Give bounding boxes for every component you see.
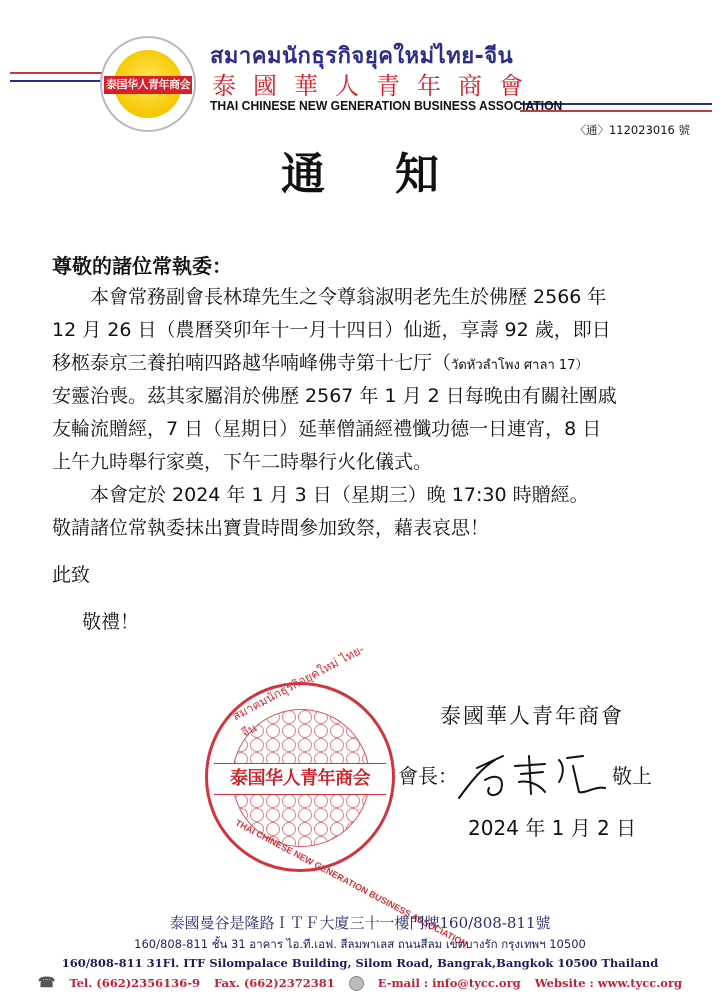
footer-address-chinese: 泰國曼谷是隆路ＩＴＦ大廈三十一樓門牌160/808-811號 [0, 912, 720, 933]
association-logo: 泰国华人青年商会 [100, 36, 196, 132]
body-line-8: 敬請諸位常執委抹出寶貴時間參加致祭，藉表哀思！ [52, 513, 489, 540]
footer-tel: Tel. (662)2356136-9 [69, 976, 200, 990]
footer-fax: Fax. (662)2372381 [214, 976, 335, 990]
body-line-6: 上午九時舉行家奠，下午二時舉行火化儀式。 [52, 447, 432, 474]
footer-address-thai: 160/808-811 ชั้น 31 อาคาร ไอ.ที.เอฟ. สีล… [0, 936, 720, 954]
footer-address-english: 160/808-811 31Fl. ITF Silompalace Buildi… [0, 956, 720, 970]
header-line-blue-left [10, 80, 105, 82]
notice-title: 通知 [0, 138, 720, 202]
handwritten-signature-icon [455, 746, 615, 806]
temple-thai-name: วัดหัวลำโพง ศาลา 17） [451, 358, 588, 373]
president-label: 會長： [398, 760, 458, 789]
signing-organization: 泰國華人青年商會 [440, 700, 624, 730]
body-line-5: 友輪流贈經，7 日（星期日）延華僧誦經禮懺功德一日連宵，8 日 [52, 414, 601, 441]
body-line-7: 本會定於 2024 年 1 月 3 日（星期三）晚 17:30 時贈經。 [90, 480, 589, 507]
body-line-2: 12 月 26 日（農曆癸卯年十一月十四日）仙逝，享壽 92 歲，即日 [52, 315, 611, 342]
association-name-chinese: 泰國華人青年商會 [212, 66, 540, 101]
salutation: 尊敬的諸位常執委： [52, 250, 232, 279]
footer-website[interactable]: Website : www.tycc.org [535, 976, 682, 990]
body-line-4: 安靈治喪。茲其家屬涓於佛歷 2567 年 1 月 2 日每晚由有關社團戚 [52, 381, 617, 408]
header-line-red-left [10, 72, 105, 74]
logo-band-text: 泰国华人青年商会 [104, 76, 192, 94]
association-seal-stamp: สมาคมนักธุรกิจยุคใหม่ ไทย-จีน 泰国华人青年商会 T… [205, 682, 395, 872]
closing-cizhi: 此致 [52, 560, 90, 587]
body-line-1: 本會常務副會長林瑋先生之令尊翁淑明老先生於佛歷 2566 年 [90, 282, 606, 309]
globe-icon [349, 976, 364, 991]
body-line-3: 移柩泰京三養拍喃四路越华喃峰佛寺第十七厅（วัดหัวลำโพง ศาลา 17… [52, 348, 588, 375]
footer-contact-row: ☎ Tel. (662)2356136-9 Fax. (662)2372381 … [0, 975, 720, 991]
telephone-icon: ☎ [38, 975, 55, 991]
document-number: 〈通〉112023016 號 [574, 122, 690, 138]
closing-jingli: 敬禮！ [82, 607, 139, 634]
body-line-3-text: 移柩泰京三養拍喃四路越华喃峰佛寺第十七厅（ [52, 352, 451, 374]
footer-email[interactable]: E-mail : info@tycc.org [378, 976, 521, 990]
respectfully-submitted: 敬上 [612, 760, 652, 789]
association-name-english: THAI CHINESE NEW GENERATION BUSINESS ASS… [210, 98, 562, 113]
signature-date: 2024 年 1 月 2 日 [468, 812, 636, 841]
stamp-center-text: 泰国华人青年商会 [214, 763, 386, 795]
president-signature [455, 746, 615, 810]
